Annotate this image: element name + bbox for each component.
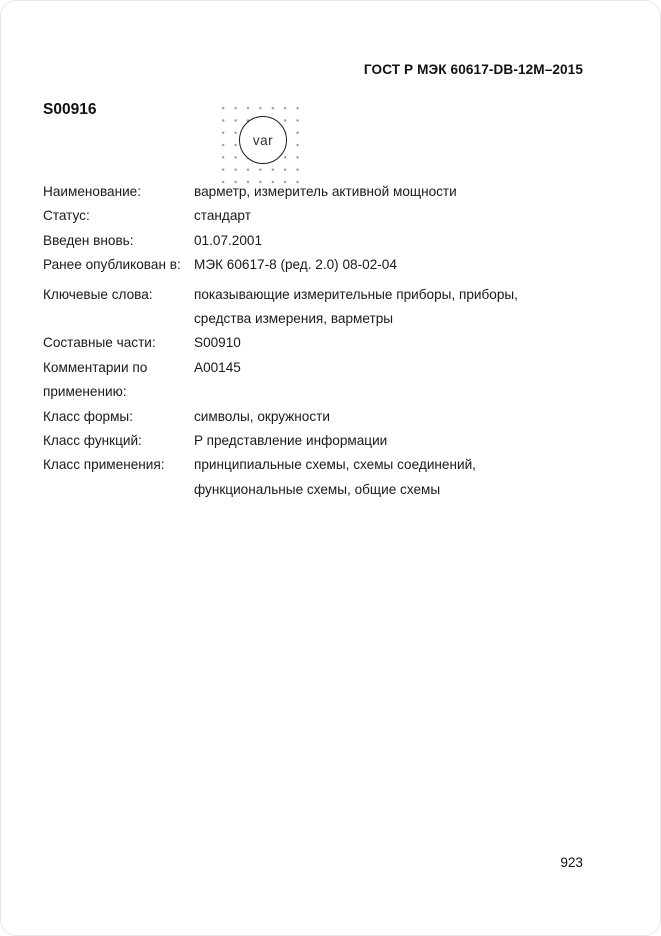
property-label: Наименование: <box>43 180 194 204</box>
property-label: Ключевые слова: <box>43 283 194 307</box>
property-label: Введен вновь: <box>43 229 194 253</box>
property-row: Статус: стандарт <box>43 204 543 228</box>
property-value: МЭК 60617-8 (ред. 2.0) 08-02-04 <box>194 253 540 277</box>
property-label: Комментарии по применению: <box>43 356 194 405</box>
property-row: Класс функций: P представление информаци… <box>43 429 543 453</box>
property-label: Класс функций: <box>43 429 194 453</box>
property-label: Статус: <box>43 204 194 228</box>
property-value: показывающие измерительные приборы, приб… <box>194 283 540 332</box>
var-meter-circle-icon: var <box>239 116 287 164</box>
standard-code-header: ГОСТ Р МЭК 60617-DB-12M–2015 <box>364 62 583 77</box>
property-label: Класс применения: <box>43 453 194 477</box>
property-row: Ранее опубликован в: МЭК 60617-8 (ред. 2… <box>43 253 543 277</box>
property-value: варметр, измеритель активной мощности <box>194 180 540 204</box>
property-row: Класс применения: принципиальные схемы, … <box>43 453 543 502</box>
property-row: Введен вновь: 01.07.2001 <box>43 229 543 253</box>
property-value: 01.07.2001 <box>194 229 540 253</box>
property-label: Ранее опубликован в: <box>43 253 194 277</box>
property-value: принципиальные схемы, схемы соединений, … <box>194 453 540 502</box>
document-page: ГОСТ Р МЭК 60617-DB-12M–2015 S00916 var … <box>0 0 661 936</box>
property-row: Наименование: варметр, измеритель активн… <box>43 180 543 204</box>
property-label: Составные части: <box>43 331 194 355</box>
property-value: A00145 <box>194 356 540 380</box>
symbol-glyph-label: var <box>253 133 273 148</box>
page-number: 923 <box>560 855 583 870</box>
property-value: P представление информации <box>194 429 540 453</box>
property-value: стандарт <box>194 204 540 228</box>
property-label: Класс формы: <box>43 405 194 429</box>
symbol-id: S00916 <box>43 101 96 119</box>
property-row: Комментарии по применению: A00145 <box>43 356 543 405</box>
property-row: Составные части: S00910 <box>43 331 543 355</box>
property-value: S00910 <box>194 331 540 355</box>
property-row: Класс формы: символы, окружности <box>43 405 543 429</box>
property-value: символы, окружности <box>194 405 540 429</box>
symbol-figure: var <box>215 99 308 185</box>
property-row: Ключевые слова: показывающие измерительн… <box>43 283 543 332</box>
properties-table: Наименование: варметр, измеритель активн… <box>43 180 543 502</box>
